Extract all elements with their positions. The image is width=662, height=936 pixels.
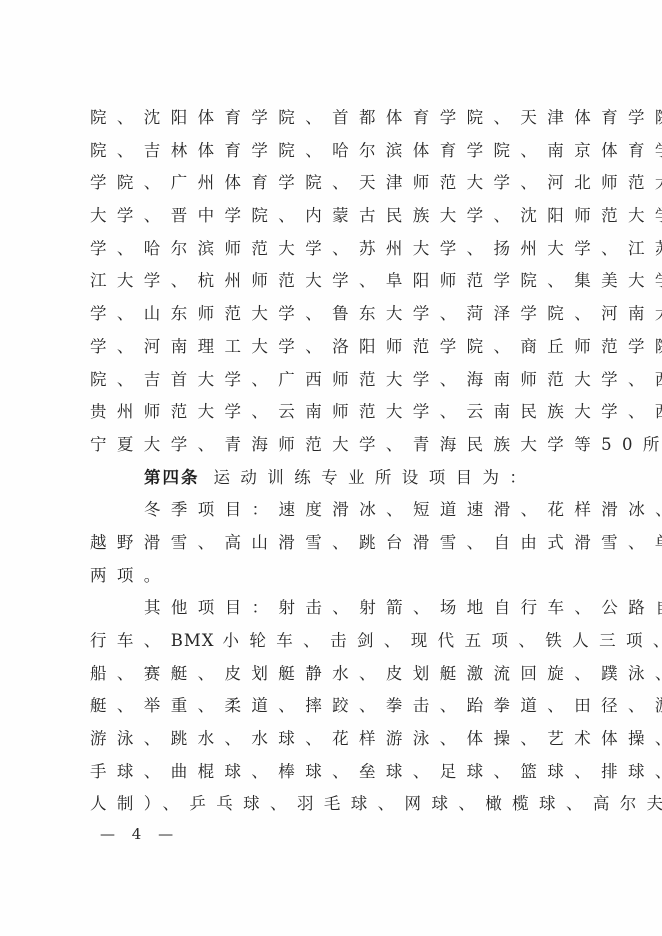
text-line: 学、河南理工大学、洛阳师范学院、商丘师范学院、黄河科技学 xyxy=(90,331,590,364)
other-items-line: 船、赛艇、皮划艇静水、皮划艇激流回旋、蹼泳、滑水、摩托 xyxy=(90,658,590,691)
text-line: 大学、晋中学院、内蒙古民族大学、沈阳师范大学、东北师范大 xyxy=(90,200,590,233)
document-body: 院、沈阳体育学院、首都体育学院、天津体育学院、河北体育学 院、吉林体育学院、哈尔… xyxy=(90,102,590,821)
text-line: 江大学、杭州师范大学、阜阳师范学院、集美大学、江西师范大 xyxy=(90,265,590,298)
text-segment: 行车、 xyxy=(90,631,171,650)
winter-items-line: 两项。 xyxy=(90,560,590,593)
text-line: 学、山东师范大学、鲁东大学、菏泽学院、河南大学、郑州大 xyxy=(90,298,590,331)
text-line: 宁夏大学、青海师范大学、青海民族大学等50所。 xyxy=(90,429,590,462)
text-line: 院、沈阳体育学院、首都体育学院、天津体育学院、河北体育学 xyxy=(90,102,590,135)
text-line: 院、吉首大学、广西师范大学、海南师范大学、西南民族大学、 xyxy=(90,364,590,397)
document-page: 院、沈阳体育学院、首都体育学院、天津体育学院、河北体育学 院、吉林体育学院、哈尔… xyxy=(0,0,662,936)
other-items-line: 人制）、乒乓球、羽毛球、网球、橄榄球、高尔夫球、围棋、国 xyxy=(90,788,590,821)
text-segment: 小轮车、击剑、现代五项、铁人三项、马术、帆 xyxy=(222,631,662,650)
page-number: — 4 — xyxy=(100,822,179,846)
bmx-text: BMX xyxy=(171,631,215,650)
other-items-line: 艇、举重、柔道、摔跤、拳击、跆拳道、田径、游泳、公开水域 xyxy=(90,690,590,723)
other-items-line: 手球、曲棍球、棒球、垒球、足球、篮球、排球、沙滩排球（二 xyxy=(90,756,590,789)
text-line: 贵州师范大学、云南师范大学、云南民族大学、西北师范大学、 xyxy=(90,396,590,429)
article-4-line: 第四条运动训练专业所设项目为： xyxy=(90,462,590,495)
winter-items-line: 冬季项目：速度滑冰、短道速滑、花样滑冰、冰球、冰壶、 xyxy=(90,494,590,527)
text-line: 学院、广州体育学院、天津师范大学、河北师范大学、山西师范 xyxy=(90,167,590,200)
other-items-line: 行车、BMX小轮车、击剑、现代五项、铁人三项、马术、帆 xyxy=(90,625,590,658)
other-items-line: 其他项目：射击、射箭、场地自行车、公路自行车、山地自 xyxy=(90,592,590,625)
winter-items-line: 越野滑雪、高山滑雪、跳台滑雪、自由式滑雪、单板滑雪、冬季 xyxy=(90,527,590,560)
text-line: 院、吉林体育学院、哈尔滨体育学院、南京体育学院、山东体育 xyxy=(90,135,590,168)
article-intro: 运动训练专业所设项目为： xyxy=(214,468,537,487)
text-line: 学、哈尔滨师范大学、苏州大学、扬州大学、江苏师范大学、浙 xyxy=(90,233,590,266)
other-items-line: 游泳、跳水、水球、花样游泳、体操、艺术体操、蹦床、技巧、 xyxy=(90,723,590,756)
article-heading: 第四条 xyxy=(144,468,200,487)
